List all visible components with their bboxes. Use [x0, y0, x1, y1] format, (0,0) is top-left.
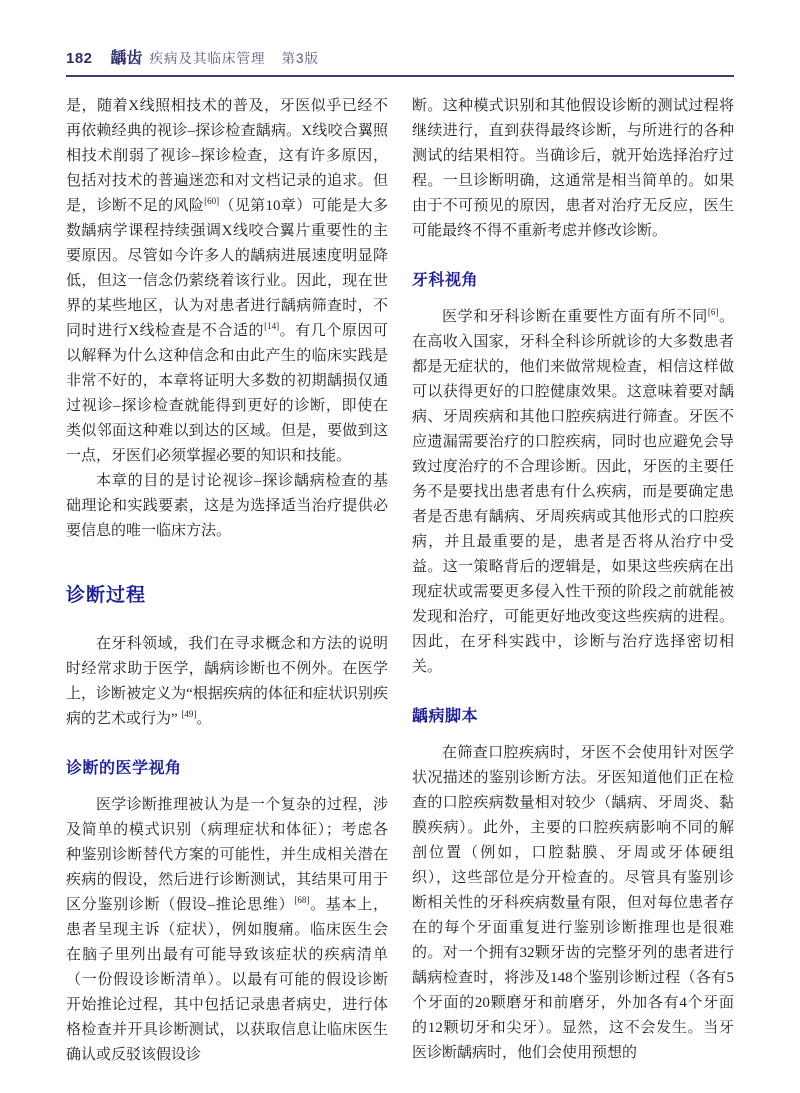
paragraph-dental-screening: 医学和牙科诊断在重要性方面有所不同[6]。在高收入国家，牙科全科诊所就诊的大多数… [412, 305, 734, 680]
paragraph-chapter-aim: 本章的目的是讨论视诊–探诊龋病检查的基础理论和实践要素，这是为选择适当治疗提供必… [66, 469, 388, 544]
book-title: 龋齿 [111, 45, 143, 68]
paragraph-continuation: 断。这种模式识别和其他假设诊断的测试过程将继续进行，直到获得最终诊断，与所进行的… [412, 94, 734, 244]
header-rule [66, 75, 734, 77]
two-column-layout: 是，随着X线照相技术的普及，牙医似乎已经不再依赖经典的视诊–探诊检查龋病。X线咬… [66, 94, 734, 1068]
paragraph-caries-script: 在筛查口腔疾病时，牙医不会使用针对医学状况描述的鉴别诊断方法。牙医知道他们正在检… [412, 741, 734, 1066]
page-number: 182 [66, 50, 93, 67]
right-column: 断。这种模式识别和其他假设诊断的测试过程将继续进行，直到获得最终诊断，与所进行的… [412, 94, 734, 1068]
subsection-heading-caries-script: 龋病脚本 [412, 703, 734, 726]
book-subtitle: 疾病及其临床管理 [150, 47, 266, 67]
subsection-heading-medical-perspective: 诊断的医学视角 [66, 755, 388, 778]
left-column: 是，随着X线照相技术的普及，牙医似乎已经不再依赖经典的视诊–探诊检查龋病。X线咬… [66, 94, 388, 1068]
paragraph-medical-reasoning: 医学诊断推理被认为是一个复杂的过程，涉及简单的模式识别（病理症状和体征）；考虑各… [66, 793, 388, 1068]
book-page: 182 龋齿 疾病及其临床管理 第3版 是，随着X线照相技术的普及，牙医似乎已经… [0, 0, 800, 1093]
page-header: 182 龋齿 疾病及其临床管理 第3版 [66, 45, 734, 68]
subsection-heading-dental-perspective: 牙科视角 [412, 267, 734, 290]
paragraph-continuation: 是，随着X线照相技术的普及，牙医似乎已经不再依赖经典的视诊–探诊检查龋病。X线咬… [66, 94, 388, 469]
paragraph-diagnosis-definition: 在牙科领域，我们在寻求概念和方法的说明时经常求助于医学，龋病诊断也不例外。在医学… [66, 632, 388, 732]
section-heading-diagnostic-process: 诊断过程 [66, 580, 388, 607]
edition-label: 第3版 [282, 47, 320, 67]
